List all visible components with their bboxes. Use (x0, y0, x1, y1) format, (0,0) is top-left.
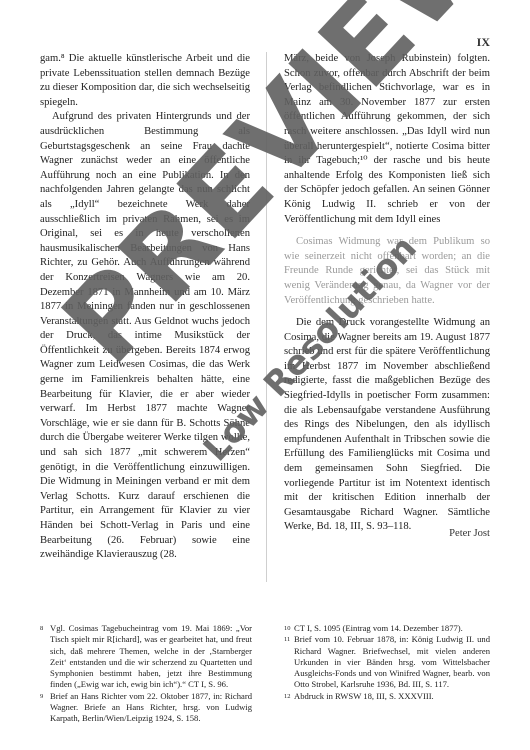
footnote: 10 CT I, S. 1095 (Eintrag vom 14. Dezemb… (284, 623, 490, 634)
footnote-text: CT I, S. 1095 (Eintrag vom 14. Dezember … (294, 623, 463, 633)
footnote-mark: 8 (40, 623, 43, 634)
author-signature: Peter Jost (449, 528, 490, 539)
paragraph: gam.⁸ Die aktuelle künstlerische Arbeit … (40, 52, 250, 110)
footnotes-left: 8 Vgl. Cosimas Tagebucheintrag vom 19. M… (40, 623, 252, 725)
paragraph: März, beide von Joseph Rubinstein) folgt… (284, 52, 490, 227)
footnote: 9 Brief an Hans Richter vom 22. Oktober … (40, 691, 252, 725)
footnote-text: Vgl. Cosimas Tagebucheintrag vom 19. Mai… (50, 623, 252, 689)
footnote-mark: 12 (284, 691, 291, 702)
left-text-column: gam.⁸ Die aktuelle künstlerische Arbeit … (40, 52, 250, 563)
footnote-text: Brief an Hans Richter vom 22. Oktober 18… (50, 691, 252, 724)
paragraph: Cosimas Widmung war dem Publikum so wie … (284, 235, 490, 308)
footnote-mark: 11 (284, 634, 290, 645)
footnote-mark: 10 (284, 623, 291, 634)
footnote: 8 Vgl. Cosimas Tagebucheintrag vom 19. M… (40, 623, 252, 691)
right-text-column: März, beide von Joseph Rubinstein) folgt… (284, 52, 490, 535)
footnote-text: Abdruck in RWSW 18, III, S. XXXVIII. (294, 691, 434, 701)
page-number: IX (477, 35, 490, 50)
column-divider (266, 52, 267, 582)
footnote: 12 Abdruck in RWSW 18, III, S. XXXVIII. (284, 691, 490, 702)
footnote: 11 Brief vom 10. Februar 1878, in: König… (284, 634, 490, 690)
paragraph: Aufgrund des privaten Hintergrunds und d… (40, 110, 250, 562)
footnote-mark: 9 (40, 691, 43, 702)
footnote-text: Brief vom 10. Februar 1878, in: König Lu… (294, 634, 490, 689)
footnotes-right: 10 CT I, S. 1095 (Eintrag vom 14. Dezemb… (284, 623, 490, 702)
paragraph: Die dem Druck vorangestellte Widmung an … (284, 316, 490, 535)
